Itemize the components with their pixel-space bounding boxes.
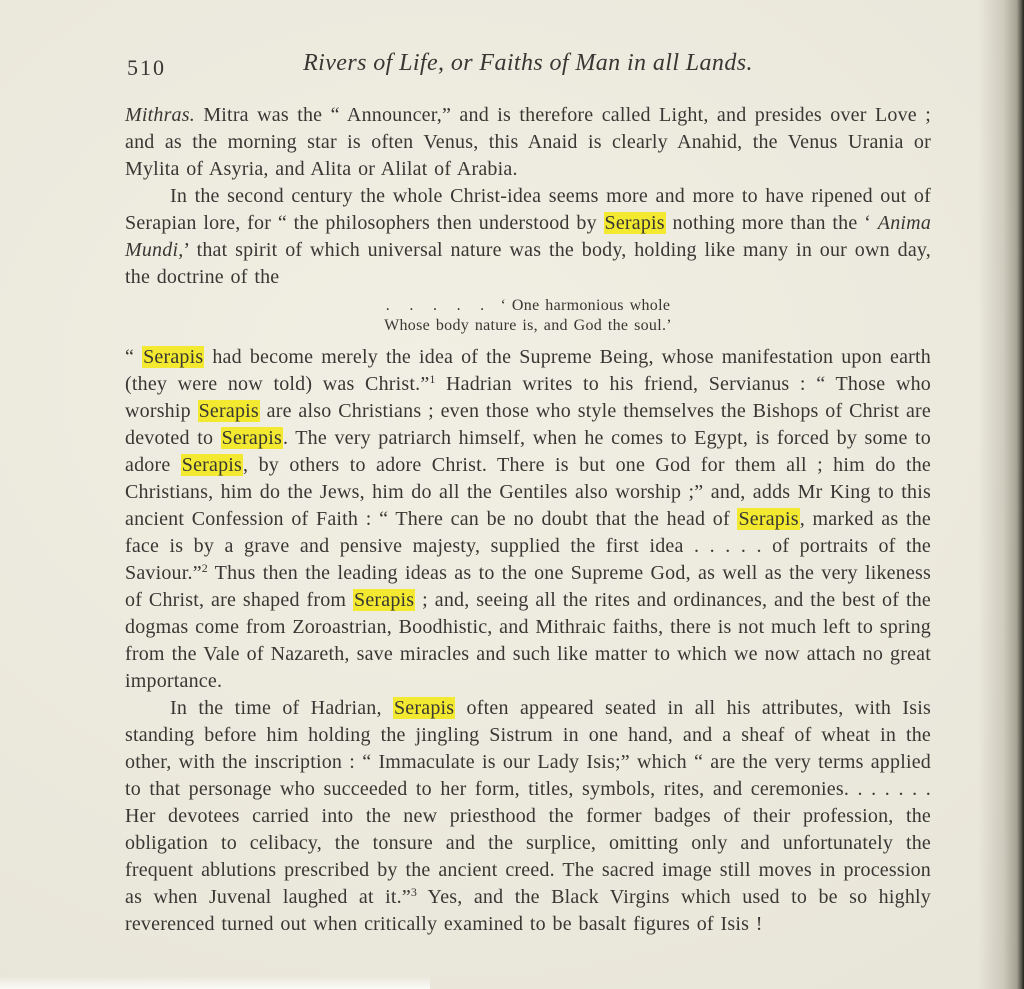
serapis-search-highlight: Serapis [198, 400, 260, 422]
running-title: Rivers of Life, or Faiths of Man in all … [125, 50, 931, 77]
serapis-search-highlight: Serapis [181, 454, 243, 476]
scanned-book-page: 510 Rivers of Life, or Faiths of Man in … [0, 0, 1024, 989]
page-body: Mithras. Mitra was the “ Announcer,” and… [125, 102, 931, 938]
serapis-search-highlight: Serapis [604, 212, 666, 234]
verse-quote: . . . . .‘ One harmonious whole Whose bo… [125, 296, 931, 336]
ellipsis-dots: . . . . . [386, 297, 485, 314]
paragraph-serapis-supreme-being: “ Serapis had become merely the idea of … [125, 344, 931, 695]
paragraph-second-century: In the second century the whole Christ-i… [125, 183, 931, 291]
serapis-search-highlight: Serapis [353, 589, 415, 611]
serapis-search-highlight: Serapis [393, 697, 455, 719]
verse-line-1-text: ‘ One harmonious whole [500, 297, 670, 314]
verse-line-2: Whose body nature is, and God the soul.’ [125, 316, 931, 336]
text-segment: nothing more than the ‘ [666, 212, 878, 234]
serapis-search-highlight: Serapis [737, 508, 799, 530]
paragraph-time-of-hadrian: In the time of Hadrian, Serapis often ap… [125, 695, 931, 938]
text-segment: ’ that spirit of which universal nature … [125, 239, 931, 288]
page-number: 510 [127, 55, 166, 81]
verse-line-1: . . . . .‘ One harmonious whole [125, 296, 931, 316]
text-segment: In the time of Hadrian, [170, 697, 393, 719]
serapis-search-highlight: Serapis [142, 346, 204, 368]
text-segment: Mithras. [125, 104, 195, 126]
text-segment: “ [125, 346, 142, 368]
serapis-search-highlight: Serapis [221, 427, 283, 449]
text-segment: often appeared seated in all his attribu… [125, 697, 931, 908]
page-bottom-fade [0, 976, 430, 989]
paragraph-mithras: Mithras. Mitra was the “ Announcer,” and… [125, 102, 931, 183]
page-content: 510 Rivers of Life, or Faiths of Man in … [125, 50, 931, 938]
page-header: 510 Rivers of Life, or Faiths of Man in … [125, 50, 931, 86]
page-edge-shadow [978, 0, 1024, 989]
text-segment: Mitra was the “ Announcer,” and is there… [125, 104, 931, 180]
